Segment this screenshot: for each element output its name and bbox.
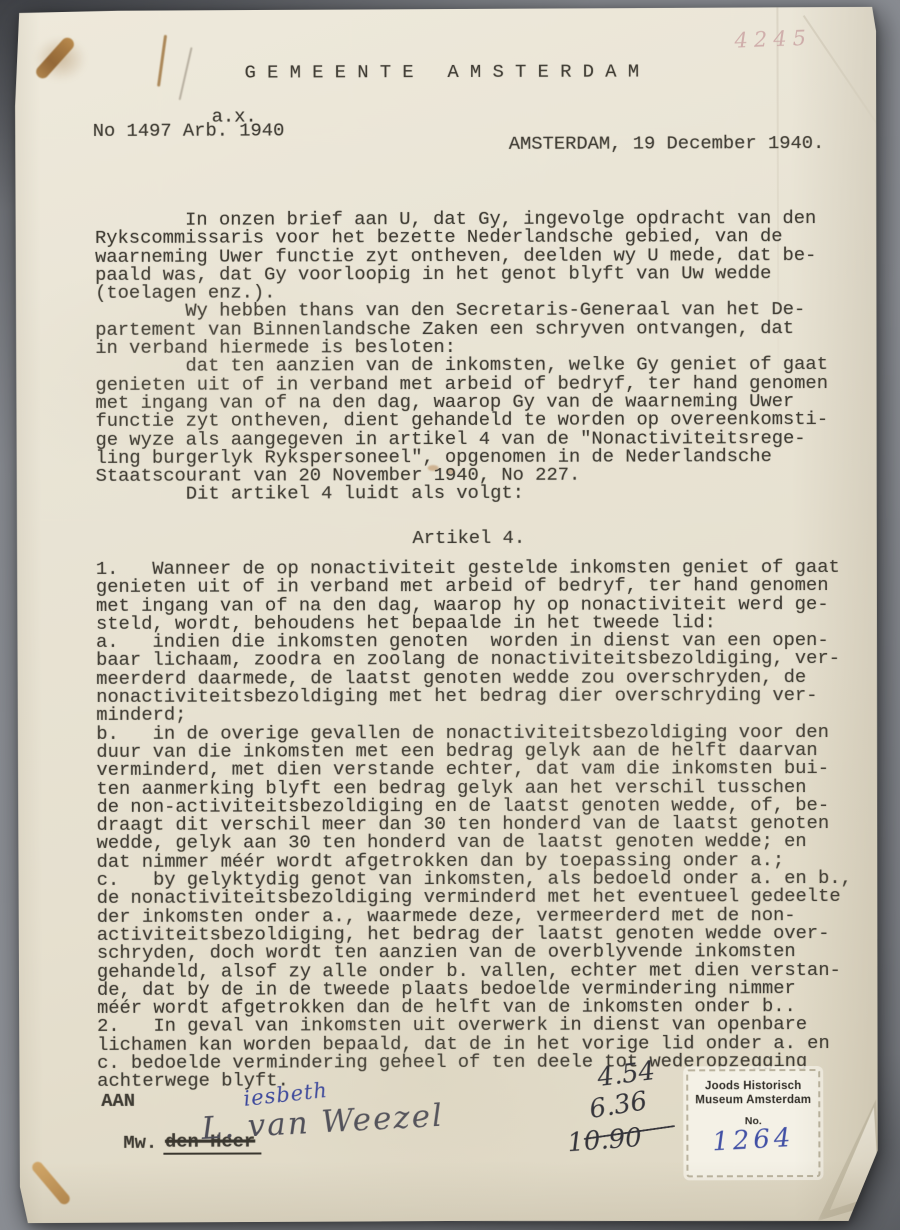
- ref-number: No 1497 Arb. 1940: [93, 121, 285, 140]
- document-paper-wrap: G E M E E N T E A M S T E R D A M a.x. N…: [14, 7, 879, 1223]
- letter-header-title: G E M E E N T E A M S T E R D A M: [245, 62, 640, 81]
- scan-background: { "page": { "header_title": "G E M E E N…: [0, 0, 900, 1230]
- letter-paragraph-2: Wy hebben thans van den Secretaris-Gener…: [95, 300, 828, 357]
- article-heading: Artikel 4.: [39, 528, 899, 549]
- dateline: AMSTERDAM, 19 December 1940.: [509, 134, 825, 153]
- mw-label: Mw.: [123, 1134, 157, 1152]
- stamp-number: 1264: [688, 1122, 819, 1159]
- letter-body-upper: In onzen brief aan U, dat Gy, ingevolge …: [95, 209, 828, 504]
- stain-rust-bottom-left: [30, 1160, 72, 1207]
- letter-paragraph-3: dat ten aanzien van de inkomsten, welke …: [95, 355, 828, 485]
- aan-label: AAN: [101, 1092, 135, 1110]
- page-fold-shadow: [817, 1099, 879, 1221]
- handwritten-archival-number: 4245: [734, 26, 812, 53]
- stain-rust-top-left: [34, 35, 77, 81]
- museum-stamp: Joods Historisch Museum Amsterdam No. 12…: [686, 1069, 820, 1177]
- stamp-museum-name-line2: Museum Amsterdam: [688, 1094, 818, 1108]
- letter-paragraph-1: In onzen brief aan U, dat Gy, ingevolge …: [95, 209, 828, 302]
- handwritten-name: L. van Weezel: [201, 1098, 445, 1147]
- handwritten-sum-value-2: 6.36: [587, 1086, 649, 1125]
- page-fold-corner: [825, 1105, 879, 1217]
- stain-halo-top-left: [34, 37, 86, 81]
- paper-crease-diagonal: [803, 15, 889, 140]
- document-paper: G E M E E N T E A M S T E R D A M a.x. N…: [14, 7, 879, 1223]
- stain-streak-1: [157, 35, 167, 87]
- stain-streak-2: [179, 47, 193, 100]
- stamp-museum-name-line1: Joods Historisch: [688, 1080, 818, 1094]
- article-body: 1. Wanneer de op nonactiviteit gestelde …: [96, 558, 853, 1091]
- handwritten-sum-total: 10.90: [566, 1123, 642, 1158]
- letter-paragraph-4: Dit artikel 4 luidt als volgt:: [96, 483, 829, 503]
